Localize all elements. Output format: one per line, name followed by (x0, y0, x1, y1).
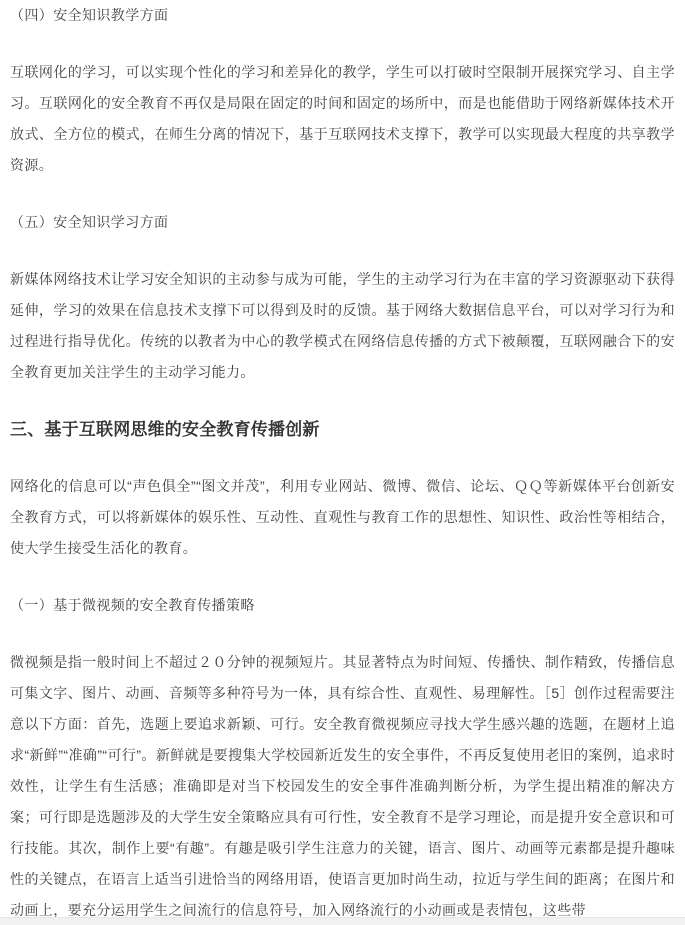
paragraph-new-media-learning: 新媒体网络技术让学习安全知识的主动参与成为可能，学生的主动学习行为在丰富的学习资… (10, 264, 675, 388)
paragraph-networked-information: 网络化的信息可以“声色俱全”“图文并茂”，利用专业网站、微博、微信、论坛、ＱＱ等… (10, 471, 675, 564)
paragraph-micro-video-detail: 微视频是指一般时间上不超过２０分钟的视频短片。其显著特点为时间短、传播快、制作精… (10, 647, 675, 918)
page-bottom-edge (0, 917, 685, 925)
document-page: （四）安全知识教学方面 互联网化的学习，可以实现个性化的学习和差异化的教学，学生… (0, 0, 685, 918)
paragraph-internet-learning: 互联网化的学习，可以实现个性化的学习和差异化的教学，学生可以打破时空限制开展探究… (10, 57, 675, 181)
subheading-safety-knowledge-learning: （五）安全知识学习方面 (10, 207, 675, 238)
subheading-micro-video-strategy: （一）基于微视频的安全教育传播策略 (10, 590, 675, 621)
heading-section-three-innovation: 三、基于互联网思维的安全教育传播创新 (10, 414, 675, 445)
subheading-safety-knowledge-teaching: （四）安全知识教学方面 (10, 0, 675, 31)
